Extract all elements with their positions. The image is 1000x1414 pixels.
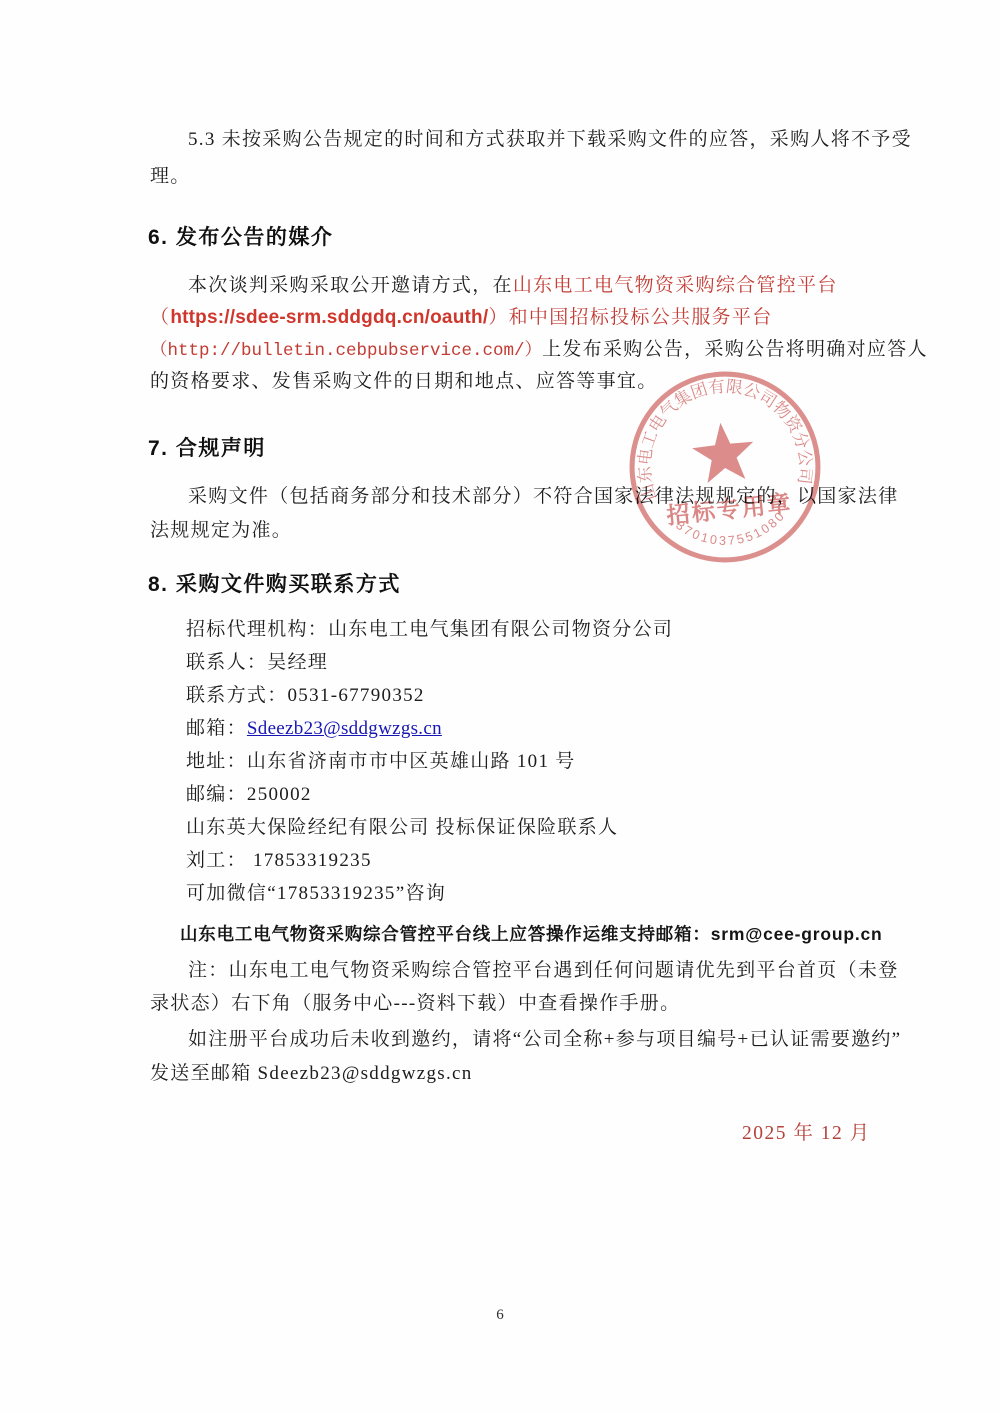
- section-6-line4: 的资格要求、发售采购文件的日期和地点、应答等事宜。: [150, 366, 866, 398]
- email-link[interactable]: Sdeezb23@sddgwzgs.cn: [247, 718, 442, 739]
- document-date: 2025 年 12 月: [742, 1117, 871, 1145]
- section-7-line2: 法规规定为准。: [150, 514, 866, 548]
- paragraph-5-3-line2: 理。: [150, 158, 862, 195]
- wechat-line: 可加微信“17853319235”咨询: [186, 877, 866, 910]
- email-line: 邮箱：Sdeezb23@sddgwzgs.cn: [186, 712, 866, 745]
- section-6-paragraph: 本次谈判采购采取公开邀请方式，在山东电工电气物资采购综合管控平台 （https:…: [150, 270, 866, 398]
- platform-name-red-text: 山东电工电气物资采购综合管控平台: [513, 275, 838, 296]
- section-6-line2-red-text: ）和中国招标投标公共服务平台: [488, 307, 772, 328]
- seal-star-icon: [690, 420, 757, 485]
- page-number: 6: [0, 1307, 1000, 1324]
- insurance-company-line: 山东英大保险经纪有限公司 投标保证保险联系人: [186, 811, 866, 844]
- section-7-paragraph: 采购文件（包括商务部分和技术部分）不符合国家法律法规规定的，以国家法律 法规规定…: [150, 480, 866, 548]
- postcode-line: 邮编：250002: [186, 778, 866, 811]
- section-6-line1-black: 本次谈判采购采取公开邀请方式，在: [188, 275, 513, 296]
- register-line2: 发送至邮箱 Sdeezb23@sddgwzgs.cn: [150, 1057, 866, 1091]
- register-paragraph: 如注册平台成功后未收到邀约，请将“公司全称+参与项目编号+已认证需要邀约” 发送…: [150, 1023, 866, 1091]
- email-label: 邮箱：: [186, 718, 247, 739]
- paragraph-5-3: 5.3 未按采购公告规定的时间和方式获取并下载采购文件的应答，采购人将不予受 理…: [150, 121, 862, 195]
- url1-open-paren: （: [150, 307, 170, 328]
- agency-line: 招标代理机构：山东电工电气集团有限公司物资分公司: [186, 613, 866, 646]
- section-6-line1: 本次谈判采购采取公开邀请方式，在山东电工电气物资采购综合管控平台: [150, 270, 866, 302]
- section-6-heading: 6. 发布公告的媒介: [148, 221, 333, 251]
- note-line1: 注：山东电工电气物资采购综合管控平台遇到任何问题请优先到平台首页（未登: [150, 954, 866, 987]
- srm-platform-url: https://sdee-srm.sddgdq.cn/oauth/: [170, 307, 488, 328]
- address-line: 地址：山东省济南市市中区英雄山路 101 号: [186, 745, 866, 778]
- note-line2: 录状态）右下角（服务中心---资料下载）中查看操作手册。: [150, 987, 866, 1020]
- phone-line: 联系方式：0531-67790352: [186, 679, 866, 712]
- section-6-line2: （https://sdee-srm.sddgdq.cn/oauth/）和中国招标…: [150, 302, 866, 334]
- paragraph-5-3-line1: 5.3 未按采购公告规定的时间和方式获取并下载采购文件的应答，采购人将不予受: [150, 121, 862, 158]
- section-7-heading: 7. 合规声明: [148, 432, 266, 462]
- contact-list: 招标代理机构：山东电工电气集团有限公司物资分公司 联系人：吴经理 联系方式：05…: [186, 613, 866, 910]
- section-6-line3: （http://bulletin.cebpubservice.com/）上发布采…: [150, 334, 866, 366]
- platform-support-line: 山东电工电气物资采购综合管控平台线上应答操作运维支持邮箱：srm@cee-gro…: [180, 921, 883, 946]
- cebpubservice-url: （http://bulletin.cebpubservice.com/）: [150, 341, 542, 361]
- contact-person-line: 联系人：吴经理: [186, 646, 866, 679]
- insurance-phone-line: 刘工： 17853319235: [186, 844, 866, 877]
- section-7-line1: 采购文件（包括商务部分和技术部分）不符合国家法律法规规定的，以国家法律: [150, 480, 866, 514]
- section-8-heading: 8. 采购文件购买联系方式: [148, 568, 401, 598]
- document-page: 5.3 未按采购公告规定的时间和方式获取并下载采购文件的应答，采购人将不予受 理…: [0, 0, 1000, 1414]
- register-line1: 如注册平台成功后未收到邀约，请将“公司全称+参与项目编号+已认证需要邀约”: [150, 1023, 866, 1057]
- section-6-line3-black: 上发布采购公告，采购公告将明确对应答人: [542, 339, 928, 360]
- note-paragraph: 注：山东电工电气物资采购综合管控平台遇到任何问题请优先到平台首页（未登 录状态）…: [150, 954, 866, 1020]
